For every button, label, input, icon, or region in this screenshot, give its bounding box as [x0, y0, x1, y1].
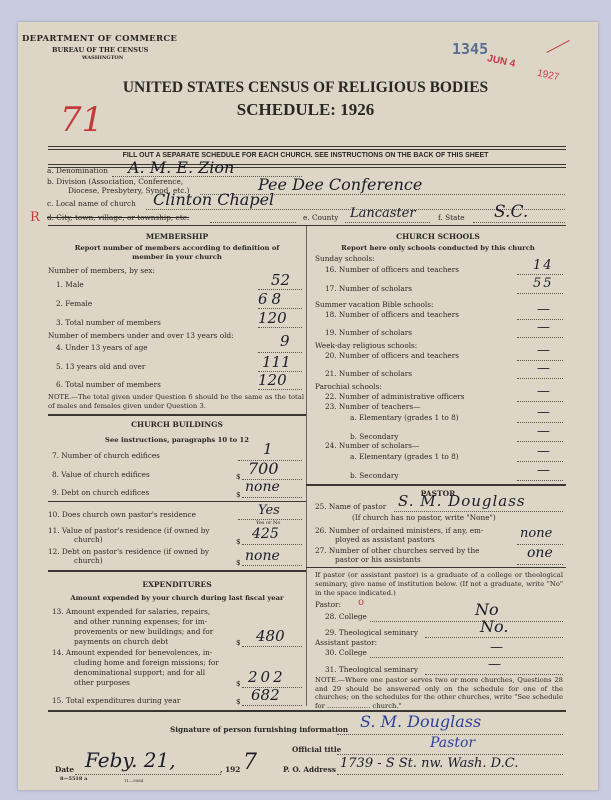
q15-field[interactable]: [242, 705, 302, 706]
q4-value: 9: [280, 332, 290, 350]
local-name-value: Clinton Chapel: [153, 190, 274, 209]
q5-value: 111: [262, 353, 291, 371]
department-name: DEPARTMENT OF COMMERCE: [22, 34, 177, 44]
q11-field[interactable]: [242, 544, 302, 545]
q20-label: 20. Number of officers and teachers: [325, 351, 459, 360]
graduate-note: If pastor (or assistant pastor) is a gra…: [315, 571, 563, 598]
q9-field[interactable]: [242, 497, 302, 498]
q17-value: 55: [533, 276, 554, 291]
q2-value: 68: [258, 290, 285, 308]
currency-symbol: $: [236, 472, 241, 481]
q3-value: 120: [258, 309, 287, 327]
divider: [306, 567, 566, 568]
q31-label: 31. Theological seminary: [325, 665, 418, 674]
sunday-schools-label: Sunday schools:: [315, 254, 375, 263]
q30-label: 30. College: [325, 648, 367, 657]
q17-label: 17. Number of scholars: [325, 284, 412, 293]
currency-symbol: $: [236, 679, 241, 688]
q18-label: 18. Number of officers and teachers: [325, 310, 459, 319]
q27-value: one: [527, 545, 553, 561]
q20-value: —: [537, 343, 550, 358]
county-label: e. County: [303, 213, 338, 222]
buildings-heading: CHURCH BUILDINGS: [48, 420, 306, 429]
local-name-label: c. Local name of church: [47, 199, 136, 208]
q28-field[interactable]: [370, 621, 563, 622]
q30-field[interactable]: [370, 657, 563, 658]
q11-label-2: church): [74, 535, 103, 544]
q19-label: 19. Number of scholars: [325, 328, 412, 337]
print-code: 11—9084: [124, 778, 143, 783]
currency-symbol: $: [236, 490, 241, 499]
divider: [48, 225, 566, 226]
divider: [48, 501, 306, 502]
red-r-mark: R: [30, 210, 40, 225]
q3-label: 3. Total number of members: [56, 318, 161, 327]
q19-value: —: [537, 320, 550, 335]
q21-label: 21. Number of scholars: [325, 369, 412, 378]
q26-label: 26. Number of ordained ministers, if any…: [315, 526, 483, 535]
q13-label-4: payments on church debt: [74, 637, 168, 646]
q21-field[interactable]: [517, 378, 563, 379]
q23b-field[interactable]: [517, 441, 563, 442]
q13-label-3: provements or new buildings; and for: [74, 627, 213, 636]
q13-field[interactable]: [242, 646, 302, 647]
q27-label: 27. Number of other churches served by t…: [315, 546, 479, 555]
q29-value: No.: [480, 617, 508, 636]
form-title: UNITED STATES CENSUS OF RELIGIOUS BODIES: [0, 79, 611, 97]
official-title-label: Official title: [292, 745, 341, 754]
q8-label: 8. Value of church edifices: [52, 470, 150, 479]
currency-symbol: $: [236, 558, 241, 567]
q22-value: —: [537, 384, 550, 399]
q10-label: 10. Does church own pastor's residence: [48, 510, 196, 519]
q5-label: 5. 13 years old and over: [56, 362, 145, 371]
schools-heading: CHURCH SCHOOLS: [310, 232, 566, 241]
q14-value: 202: [248, 668, 286, 686]
divider: [48, 414, 306, 416]
q4-label: 4. Under 13 years of age: [56, 343, 148, 352]
q14-label-3: denominational support; and for all: [74, 668, 205, 677]
date-label: Date: [55, 765, 74, 774]
q18-value: —: [537, 302, 550, 317]
address-field[interactable]: [337, 774, 563, 775]
q29-label: 29. Theological seminary: [325, 628, 418, 637]
q28-label: 28. College: [325, 612, 367, 621]
q3-field[interactable]: [258, 327, 302, 328]
division-value: Pee Dee Conference: [258, 175, 422, 194]
parochial-schools-label: Parochial schools:: [315, 382, 382, 391]
city-label: d. City, town, village, or township, etc…: [47, 213, 189, 222]
divider: [48, 164, 566, 168]
year-prefix: , 192: [220, 765, 240, 774]
q13-label-2: and other running expenses; for im-: [74, 617, 207, 626]
q24b-field[interactable]: [517, 480, 563, 481]
q23b-value: —: [537, 424, 550, 439]
divider: [48, 570, 306, 572]
membership-subheading-2: member in your church: [48, 253, 306, 261]
q14-label-4: other purposes: [74, 678, 130, 687]
q7-value: 1: [263, 440, 273, 458]
q25-hint: (If church has no pastor, write "None"): [352, 513, 496, 522]
q23a-field[interactable]: [517, 422, 563, 423]
q11-value: 425: [252, 526, 279, 542]
division-label: b. Division (Association, Conference,: [47, 177, 183, 186]
q14-label-2: cluding home and foreign missions; for: [74, 658, 219, 667]
official-title-field[interactable]: [337, 754, 563, 755]
column-divider: [306, 226, 307, 706]
q25-field[interactable]: [394, 511, 563, 512]
date-value: Feby. 21,: [85, 748, 176, 772]
q29-field[interactable]: [425, 637, 563, 638]
bureau-city: WASHINGTON: [82, 55, 123, 61]
q23a-label: a. Elementary (grades 1 to 8): [350, 413, 459, 422]
q27-label-2: pastor or his assistants: [335, 555, 421, 564]
assistant-pastor-label: Assistant pastor:: [315, 638, 377, 647]
q12-label: 12. Debt on pastor's residence (if owned…: [48, 547, 209, 556]
q19-field[interactable]: [517, 337, 563, 338]
age-label: Number of members under and over 13 year…: [48, 331, 234, 340]
q25-value: S. M. Douglass: [398, 492, 526, 510]
by-sex-label: Number of members, by sex:: [48, 266, 155, 275]
city-field[interactable]: [210, 222, 296, 223]
q24a-field[interactable]: [517, 461, 563, 462]
q13-label: 13. Amount expended for salaries, repair…: [52, 607, 210, 616]
q6-value: 120: [258, 371, 287, 389]
q1-value: 52: [271, 271, 290, 289]
q16-value: 14: [533, 258, 554, 273]
q6-label: 6. Total number of members: [56, 380, 161, 389]
state-field[interactable]: [473, 222, 565, 223]
denomination-value: A. M. E. Zion: [128, 158, 234, 177]
q24b-value: —: [537, 463, 550, 478]
q22-field[interactable]: [517, 401, 563, 402]
q15-value: 682: [251, 686, 280, 704]
q23b-label: b. Secondary: [350, 432, 398, 441]
schools-subheading: Report here only schools conducted by th…: [310, 244, 566, 252]
fill-out-instruction: FILL OUT A SEPARATE SCHEDULE FOR EACH CH…: [0, 152, 611, 160]
q1-label: 1. Male: [56, 280, 84, 289]
q23-label: 23. Number of teachers—: [325, 402, 420, 411]
summer-schools-label: Summer vacation Bible schools:: [315, 300, 433, 309]
address-label: P. O. Address: [283, 765, 336, 774]
q24-label: 24. Number of scholars—: [325, 441, 419, 450]
q9-label: 9. Debt on church edifices: [52, 488, 149, 497]
red-circle-mark: o: [358, 597, 364, 608]
weekday-schools-label: Week-day religious schools:: [315, 341, 417, 350]
membership-note: NOTE.—The total given under Question 6 s…: [48, 393, 304, 411]
pastor-sub-label: Pastor:: [315, 600, 341, 609]
state-value: S.C.: [494, 202, 528, 222]
q24a-label: a. Elementary (grades 1 to 8): [350, 452, 459, 461]
expenditures-heading: EXPENDITURES: [48, 580, 306, 589]
q25-label: 25. Name of pastor: [315, 502, 386, 511]
q6-field[interactable]: [258, 389, 302, 390]
divider: [48, 710, 566, 712]
year-suffix: 7: [243, 750, 257, 775]
q8-value: 700: [248, 459, 279, 478]
state-label: f. State: [438, 213, 465, 222]
form-code: 8—5518 a: [60, 776, 87, 782]
q9-value: none: [245, 479, 280, 495]
expenditures-subheading: Amount expended by your church during la…: [48, 594, 306, 602]
currency-symbol: $: [236, 697, 241, 706]
q10-value: Yes: [258, 503, 280, 518]
q22-label: 22. Number of administrative officers: [325, 392, 465, 401]
q24a-value: —: [537, 444, 550, 459]
q13-value: 480: [256, 627, 285, 645]
q12-field[interactable]: [242, 565, 302, 566]
currency-symbol: $: [236, 638, 241, 647]
membership-heading: MEMBERSHIP: [48, 232, 306, 241]
denomination-label: a. Denomination: [47, 166, 108, 175]
q12-value: none: [245, 548, 280, 564]
q14-label: 14. Amount expended for benevolences, in…: [52, 648, 212, 657]
q31-field[interactable]: [425, 674, 563, 675]
q26-value: none: [520, 526, 552, 541]
county-value: Lancaster: [350, 206, 416, 221]
q24b-label: b. Secondary: [350, 471, 398, 480]
membership-subheading: Report number of members according to de…: [48, 244, 306, 252]
signature-label: Signature of person furnishing informati…: [170, 725, 348, 734]
date-field[interactable]: [75, 774, 221, 775]
q12-label-2: church): [74, 556, 103, 565]
address-value: 1739 - S St. nw. Wash. D.C.: [340, 756, 518, 771]
q30-value: —: [490, 640, 503, 655]
q7-label: 7. Number of church edifices: [52, 451, 160, 460]
q31-value: —: [488, 657, 501, 672]
pastor-note: NOTE.—Where one pastor serves two or mor…: [315, 676, 563, 710]
divider: [48, 146, 566, 150]
q11-label: 11. Value of pastor's residence (if owne…: [48, 526, 210, 535]
q27-field[interactable]: [517, 564, 563, 565]
q23a-value: —: [537, 405, 550, 420]
q26-label-2: ployed as assistant pastors: [335, 535, 435, 544]
q16-field[interactable]: [517, 274, 563, 275]
q15-label: 15. Total expenditures during year: [52, 696, 180, 705]
q16-label: 16. Number of officers and teachers: [325, 265, 459, 274]
divider: [306, 484, 566, 486]
county-field[interactable]: [345, 222, 430, 223]
handwritten-number: 71: [60, 100, 103, 140]
q17-field[interactable]: [517, 293, 563, 294]
serial-number: 1345: [452, 40, 488, 58]
signature-value: S. M. Douglass: [360, 712, 481, 731]
bureau-name: BUREAU OF THE CENSUS: [52, 46, 148, 54]
q2-label: 2. Female: [56, 299, 92, 308]
official-title-value: Pastor: [430, 735, 475, 751]
currency-symbol: $: [236, 537, 241, 546]
q21-value: —: [537, 361, 550, 376]
